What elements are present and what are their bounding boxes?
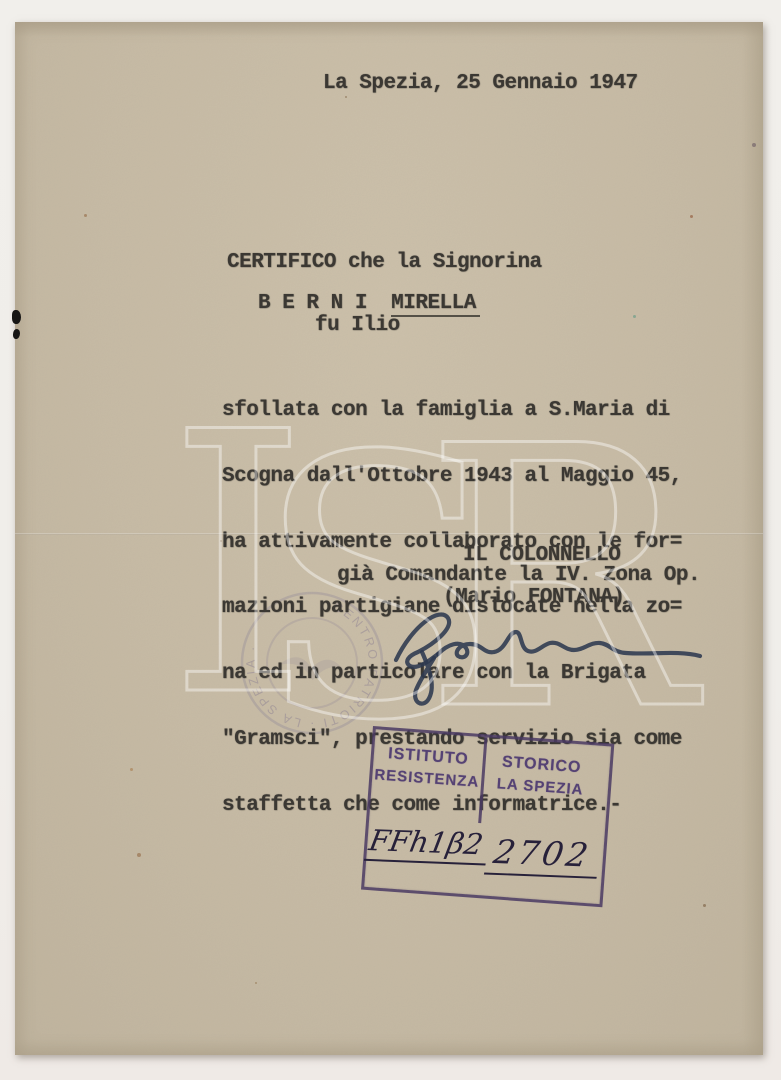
foxing-speck bbox=[345, 96, 347, 98]
catalog-row: FFh1β2 2702 bbox=[366, 821, 605, 881]
foxing-speck bbox=[84, 214, 87, 217]
archive-stamp: ISTITUTO RESISTENZA STORICO LA SPEZIA FF… bbox=[361, 726, 614, 907]
foxing-speck bbox=[633, 315, 636, 318]
patronymic-line: fu Ilio bbox=[315, 315, 400, 337]
dateline: La Spezia, 25 Gennaio 1947 bbox=[323, 73, 638, 95]
catalog-number: 2702 bbox=[484, 832, 604, 879]
foxing-speck bbox=[752, 143, 756, 147]
foxing-speck bbox=[703, 904, 706, 907]
paper: · CENTRO PATRIOTI · LA SPEZIA · La Spezi… bbox=[15, 22, 763, 1055]
archive-stamp-header: ISTITUTO RESISTENZA STORICO LA SPEZIA bbox=[369, 729, 611, 832]
foxing-speck bbox=[690, 215, 693, 218]
stamp-cell-left: ISTITUTO RESISTENZA bbox=[369, 729, 487, 823]
catalog-code: FFh1β2 bbox=[364, 823, 492, 865]
scanner-background: · CENTRO PATRIOTI · LA SPEZIA · La Spezi… bbox=[0, 0, 781, 1080]
signer-role: già Comandante la IV. Zona Op. bbox=[337, 565, 700, 587]
salutation-line: CERTIFICO che la Signorina bbox=[227, 252, 542, 274]
foxing-speck bbox=[130, 768, 133, 771]
body-line: Scogna dall'Ottobre 1943 al Maggio 45, bbox=[222, 466, 682, 488]
ink-blot bbox=[13, 329, 20, 339]
subject-name-line: B E R N I MIRELLA bbox=[258, 293, 480, 315]
foxing-speck bbox=[255, 982, 257, 984]
stamp-cell-right: STORICO LA SPEZIA bbox=[481, 737, 599, 831]
subject-surname: B E R N I bbox=[258, 292, 367, 315]
fontana-signature bbox=[378, 598, 708, 713]
foxing-speck bbox=[137, 853, 141, 857]
subject-firstname: MIRELLA bbox=[391, 292, 480, 317]
ink-blot bbox=[12, 310, 21, 324]
body-line: sfollata con la famiglia a S.Maria di bbox=[222, 400, 682, 422]
